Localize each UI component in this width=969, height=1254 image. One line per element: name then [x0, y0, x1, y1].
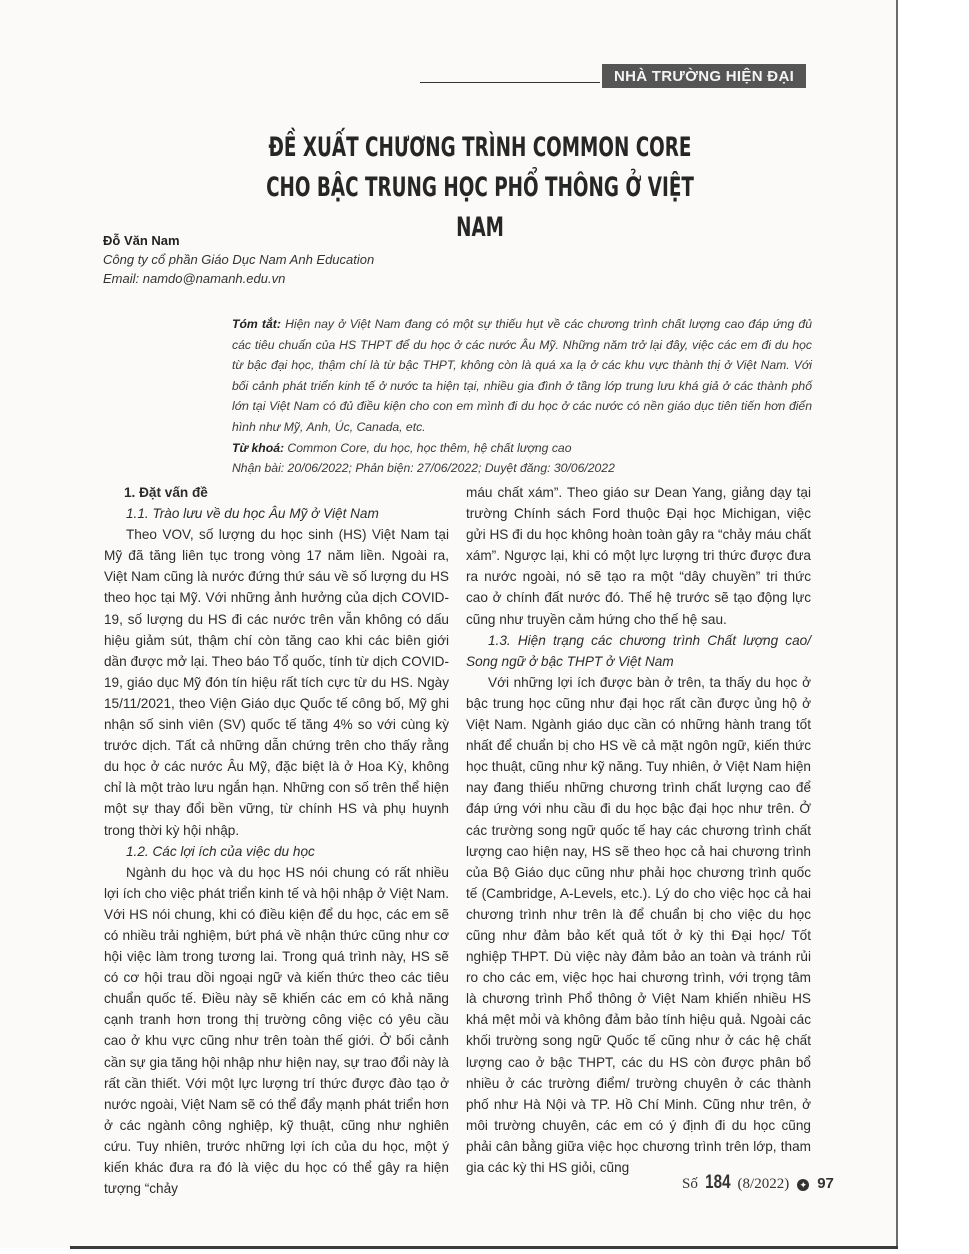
issue-label: Số: [682, 1176, 698, 1193]
subsection-heading-1-1: 1.1. Trào lưu về du học Âu Mỹ ở Việt Nam: [104, 503, 449, 524]
paragraph: Với những lợi ích được bàn ở trên, ta th…: [466, 672, 811, 1178]
page-bottom-edge: [70, 1246, 898, 1249]
section-tag: NHÀ TRƯỜNG HIỆN ĐẠI: [602, 64, 806, 88]
subsection-heading-1-2: 1.2. Các lợi ích của việc du học: [104, 841, 449, 862]
issue-date: (8/2022): [738, 1176, 790, 1193]
subsection-heading-1-3: 1.3. Hiện trạng các chương trình Chất lư…: [466, 630, 811, 672]
paragraph-continued: máu chất xám”. Theo giáo sư Dean Yang, g…: [466, 482, 811, 630]
author-name: Đỗ Văn Nam: [103, 231, 374, 250]
page-number: 97: [817, 1175, 834, 1192]
author-affiliation: Công ty cổ phần Giáo Dục Nam Anh Educati…: [103, 250, 374, 269]
issue-number: 184: [705, 1172, 730, 1194]
keywords-label: Từ khoá:: [232, 441, 284, 455]
article-title-line1: ĐỀ XUẤT CHƯƠNG TRÌNH COMMON CORE: [262, 128, 697, 168]
article-title: ĐỀ XUẤT CHƯƠNG TRÌNH COMMON CORE CHO BẬC…: [262, 128, 697, 248]
abstract-text: Hiện nay ở Việt Nam đang có một sự thiếu…: [232, 317, 812, 434]
abstract: Tóm tắt: Hiện nay ở Việt Nam đang có một…: [232, 314, 812, 438]
keywords: Từ khoá: Common Core, du học, học thêm, …: [232, 438, 812, 459]
section-heading-1: 1. Đặt vấn đề: [104, 482, 449, 503]
star-bullet-icon: ✦: [797, 1179, 809, 1191]
keywords-text: Common Core, du học, học thêm, hệ chất l…: [284, 441, 571, 455]
paragraph: Ngành du học và du học HS nói chung có r…: [104, 862, 449, 1200]
submission-dates: Nhận bài: 20/06/2022; Phản biện: 27/06/2…: [232, 458, 812, 479]
author-block: Đỗ Văn Nam Công ty cổ phần Giáo Dục Nam …: [103, 231, 374, 288]
abstract-block: Tóm tắt: Hiện nay ở Việt Nam đang có một…: [232, 314, 812, 479]
body-column-right: máu chất xám”. Theo giáo sư Dean Yang, g…: [466, 482, 811, 1178]
section-rule-divider: [420, 82, 600, 83]
abstract-label: Tóm tắt:: [232, 317, 281, 331]
journal-page: NHÀ TRƯỜNG HIỆN ĐẠI ĐỀ XUẤT CHƯƠNG TRÌNH…: [0, 0, 898, 1248]
body-column-left: 1. Đặt vấn đề 1.1. Trào lưu về du học Âu…: [104, 482, 449, 1199]
page-footer: Số 184 (8/2022) ✦ 97: [682, 1172, 834, 1194]
paragraph: Theo VOV, số lượng du học sinh (HS) Việt…: [104, 524, 449, 840]
author-email: Email: namdo@namanh.edu.vn: [103, 269, 374, 288]
